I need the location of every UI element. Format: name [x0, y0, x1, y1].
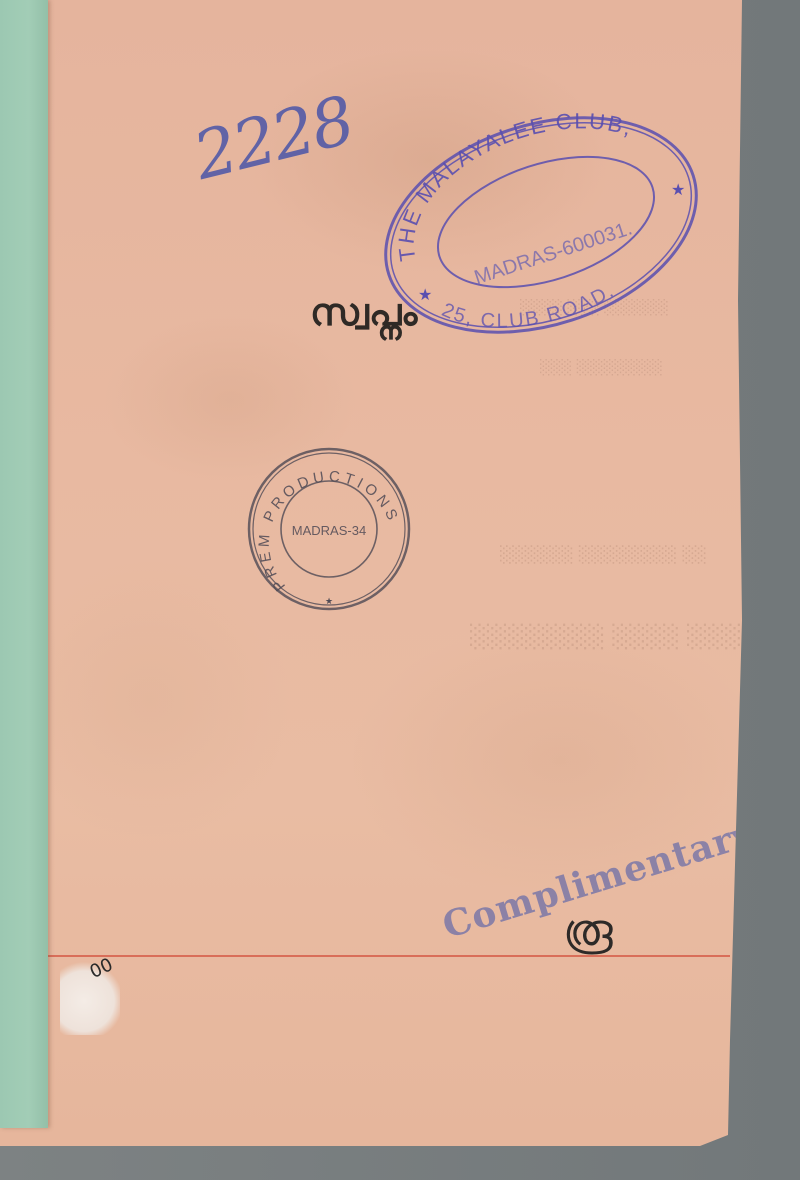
malayalee-club-stamp: THE MALAYALEE CLUB, 25, CLUB ROAD. MADRA…	[376, 110, 706, 340]
bleed-through-text: ░░░ ░░░░░░░░	[540, 360, 663, 376]
handwritten-accession-number: 2228	[186, 82, 360, 195]
club-stamp-bottom-text: 25, CLUB ROAD.	[439, 279, 619, 332]
club-stamp-center-text: MADRAS-600031.	[472, 217, 635, 289]
prem-productions-stamp: PREM PRODUCTIONS MADRAS-34 ★	[246, 446, 412, 612]
book-page: ░░░░ ░░░ ░░░░░░ ░░░ ░░░░░░░░ ░░░░░░ ░░░░…	[0, 0, 742, 1146]
bleed-through-text: ░░░░░░░░ ░░░░ ░░░░	[470, 625, 755, 650]
star-icon: ★	[671, 180, 685, 199]
svg-text:25, CLUB ROAD.: 25, CLUB ROAD.	[439, 279, 619, 332]
star-icon: ★	[325, 597, 333, 607]
prem-stamp-center-text: MADRAS-34	[292, 523, 366, 538]
price-mark: രൂ	[563, 905, 613, 956]
bleed-through-text: ░░░░░░ ░░░░░░░░ ░░	[500, 545, 707, 564]
star-icon: ★	[418, 285, 432, 304]
red-ruled-line	[48, 955, 730, 957]
green-spine-tape	[0, 0, 48, 1128]
